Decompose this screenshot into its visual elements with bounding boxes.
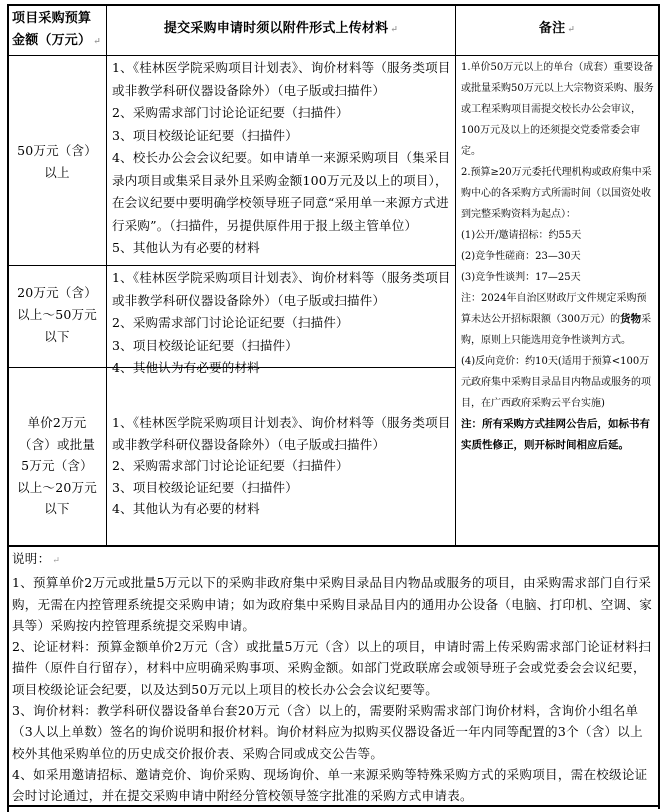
table-border-left xyxy=(7,4,9,812)
material-item: 2、采购需求部门讨论论证纪要（扫描件） xyxy=(112,312,452,335)
table-border-right xyxy=(658,4,660,809)
material-item: 4、其他认为有必要的材料 xyxy=(112,498,452,520)
remark-item-2-4: (4)反向竞价：约10天(适用于预算<100万元政府集中采购目录品目内物品或服务… xyxy=(461,351,654,414)
note-item: 4、如采用邀请招标、邀请竞价、询价采购、现场询价、单一来源采购等特殊采购方式的采… xyxy=(12,764,654,807)
material-item: 1、《桂林医学院采购项目计划表》、询价材料等（服务类项目或非教学科研仪器设备除外… xyxy=(112,57,452,102)
row2-amount: 20万元（含） 以上～50万元 以下 xyxy=(8,282,106,348)
header-amount-line1: 项目采购预算 xyxy=(12,8,106,30)
material-item: 1、《桂林医学院采购项目计划表》、询价材料等（服务类项目或非教学科研仪器设备除外… xyxy=(112,267,452,312)
header-row-divider xyxy=(7,55,659,56)
material-item: 2、采购需求部门讨论论证纪要（扫描件） xyxy=(112,455,452,477)
row3-amount: 单价2万元 （含）或批量 5万元（含） 以上～20万元 以下 xyxy=(8,412,106,520)
note-item: 1、预算单价2万元或批量5万元以下的采购非政府集中采购目录品目内物品或服务的项目… xyxy=(12,572,654,636)
material-item: 3、项目校级论证纪要（扫描件） xyxy=(112,125,452,148)
remark-item-2-2: (2)竞争性磋商：23—30天 xyxy=(461,246,654,267)
material-item: 3、项目校级论证纪要（扫描件） xyxy=(112,477,452,499)
header-remarks: 备注↵ xyxy=(456,18,658,42)
table-notes-divider xyxy=(7,545,659,547)
material-item: 5、其他认为有必要的材料 xyxy=(112,237,452,260)
notes-section: 说明：↵ 1、预算单价2万元或批量5万元以下的采购非政府集中采购目录品目内物品或… xyxy=(12,548,654,807)
paragraph-mark-icon: ↵ xyxy=(390,25,398,35)
note-item: 2、论证材料：预算金额单价2万元（含）或批量5万元（含）以上的项目，申请时需上传… xyxy=(12,636,654,700)
notes-title: 说明：↵ xyxy=(12,548,654,572)
remark-final-note: 注：所有采购方式挂网公告后，如标书有实质性修正，则开标时间相应后延。 xyxy=(461,414,654,456)
material-item: 1、《桂林医学院采购项目计划表》、询价材料等（服务类项目或非教学科研仪器设备除外… xyxy=(112,412,452,455)
row2-materials: 1、《桂林医学院采购项目计划表》、询价材料等（服务类项目或非教学科研仪器设备除外… xyxy=(112,267,452,380)
paragraph-mark-icon: ↵ xyxy=(52,556,60,566)
remark-item-2-1: (1)公开/邀请招标：约55天 xyxy=(461,225,654,246)
row1-materials: 1、《桂林医学院采购项目计划表》、询价材料等（服务类项目或非教学科研仪器设备除外… xyxy=(112,57,452,260)
material-item: 3、项目校级论证纪要（扫描件） xyxy=(112,335,452,358)
remark-item-1: 1.单价50万元以上的单台（成套）重要设备或批量采购50万元以上大宗物资采购、服… xyxy=(461,57,654,162)
material-item: 2、采购需求部门讨论论证纪要（扫描件） xyxy=(112,102,452,125)
remark-item-2-3: (3)竞争性谈判：17—25天 xyxy=(461,267,654,288)
row3-materials: 1、《桂林医学院采购项目计划表》、询价材料等（服务类项目或非教学科研仪器设备除外… xyxy=(112,412,452,520)
material-item: 4、校长办公会会议纪要。如申请单一来源采购项目（集采目录内项目或集采目录外且采购… xyxy=(112,147,452,237)
row1-amount: 50万元（含） 以上 xyxy=(8,140,106,184)
header-amount: 项目采购预算 金额（万元）↵ xyxy=(12,8,106,53)
remark-note-2024: 注：2024年自治区财政厅文件规定采购预算未达公开招标限额（300万元）的货物采… xyxy=(461,288,654,351)
paragraph-mark-icon: ↵ xyxy=(93,37,101,47)
material-item: 4、其他认为有必要的材料 xyxy=(112,357,452,380)
table-border-top xyxy=(7,4,659,6)
remark-item-2: 2.预算≥20万元委托代理机构或政府集中采购中心的各采购方式所需时间（以国资处收… xyxy=(461,162,654,225)
note-item: 3、询价材料：教学科研仪器设备单台套20万元（含）以上的，需要附采购需求部门询价… xyxy=(12,700,654,764)
col-divider-1 xyxy=(106,4,107,545)
header-amount-line2: 金额（万元）↵ xyxy=(12,30,106,53)
remarks-cell: 1.单价50万元以上的单台（成套）重要设备或批量采购50万元以上大宗物资采购、服… xyxy=(461,57,654,456)
procurement-document: 项目采购预算 金额（万元）↵ 提交采购申请时须以附件形式上传材料↵ 备注↵ 50… xyxy=(0,0,660,812)
header-materials: 提交采购申请时须以附件形式上传材料↵ xyxy=(107,18,455,42)
row-divider-1 xyxy=(7,265,456,266)
paragraph-mark-icon: ↵ xyxy=(567,25,575,35)
col-divider-2 xyxy=(455,4,456,545)
